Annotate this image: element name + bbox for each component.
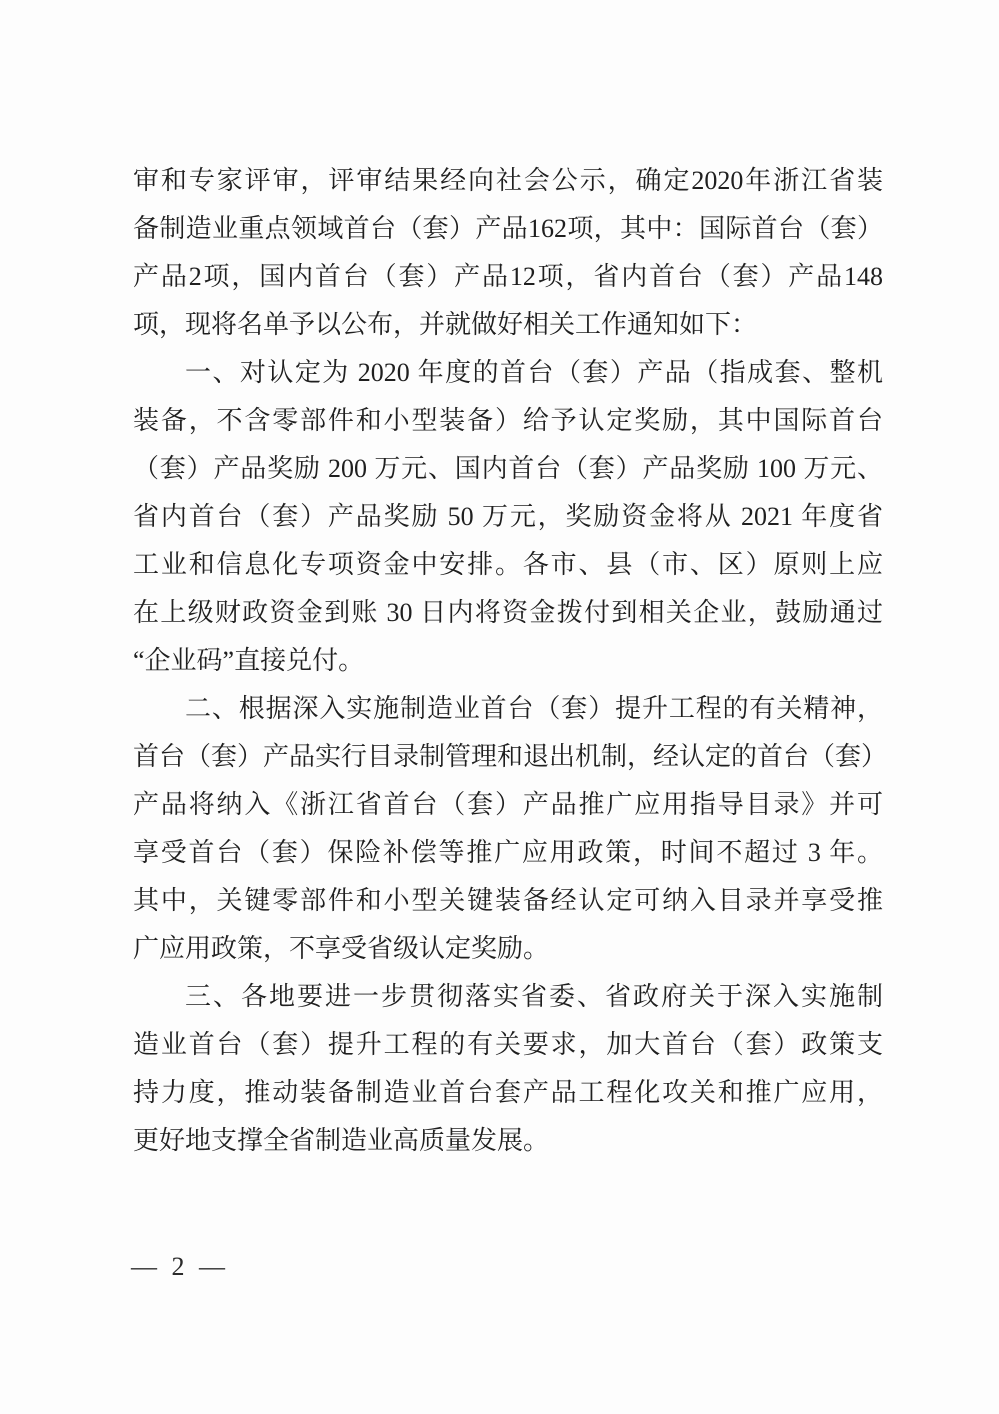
document-page: 审和专家评审，评审结果经向社会公示，确定2020年浙江省装 备制造业重点领域首台… (0, 0, 999, 1414)
text-line: 审和专家评审，评审结果经向社会公示，确定2020年浙江省装 (133, 157, 883, 205)
text-line: 造业首台（套）提升工程的有关要求，加大首台（套）政策支 (133, 1021, 883, 1069)
page-number: — 2 — (131, 1252, 229, 1282)
text-line: 装备，不含零部件和小型装备）给予认定奖励，其中国际首台 (133, 397, 883, 445)
text-line: 备制造业重点领域首台（套）产品162项，其中：国际首台（套） (133, 205, 883, 253)
text-line: 产品将纳入《浙江省首台（套）产品推广应用指导目录》并可 (133, 781, 883, 829)
text-line: 首台（套）产品实行目录制管理和退出机制，经认定的首台（套） (133, 733, 883, 781)
text-line: 更好地支撑全省制造业高质量发展。 (133, 1117, 883, 1165)
text-line: 二、根据深入实施制造业首台（套）提升工程的有关精神， (133, 685, 883, 733)
paragraph-item-1: 一、对认定为 2020 年度的首台（套）产品（指成套、整机 装备，不含零部件和小… (133, 349, 883, 685)
text-line: 持力度，推动装备制造业首台套产品工程化攻关和推广应用， (133, 1069, 883, 1117)
text-line: “企业码”直接兑付。 (133, 637, 883, 685)
paragraph-item-3: 三、各地要进一步贯彻落实省委、省政府关于深入实施制 造业首台（套）提升工程的有关… (133, 973, 883, 1165)
text-line: 一、对认定为 2020 年度的首台（套）产品（指成套、整机 (133, 349, 883, 397)
text-line: 广应用政策，不享受省级认定奖励。 (133, 925, 883, 973)
text-line: 项，现将名单予以公布，并就做好相关工作通知如下： (133, 301, 883, 349)
paragraph-continuation: 审和专家评审，评审结果经向社会公示，确定2020年浙江省装 备制造业重点领域首台… (133, 157, 883, 349)
text-line: 产品2项，国内首台（套）产品12项，省内首台（套）产品148 (133, 253, 883, 301)
text-line: 工业和信息化专项资金中安排。各市、县（市、区）原则上应 (133, 541, 883, 589)
text-line: 在上级财政资金到账 30 日内将资金拨付到相关企业，鼓励通过 (133, 589, 883, 637)
text-line: 省内首台（套）产品奖励 50 万元，奖励资金将从 2021 年度省 (133, 493, 883, 541)
paragraph-item-2: 二、根据深入实施制造业首台（套）提升工程的有关精神， 首台（套）产品实行目录制管… (133, 685, 883, 973)
document-body: 审和专家评审，评审结果经向社会公示，确定2020年浙江省装 备制造业重点领域首台… (133, 157, 883, 1165)
text-line: 三、各地要进一步贯彻落实省委、省政府关于深入实施制 (133, 973, 883, 1021)
text-line: 享受首台（套）保险补偿等推广应用政策，时间不超过 3 年。 (133, 829, 883, 877)
text-line: （套）产品奖励 200 万元、国内首台（套）产品奖励 100 万元、 (133, 445, 883, 493)
text-line: 其中，关键零部件和小型关键装备经认定可纳入目录并享受推 (133, 877, 883, 925)
